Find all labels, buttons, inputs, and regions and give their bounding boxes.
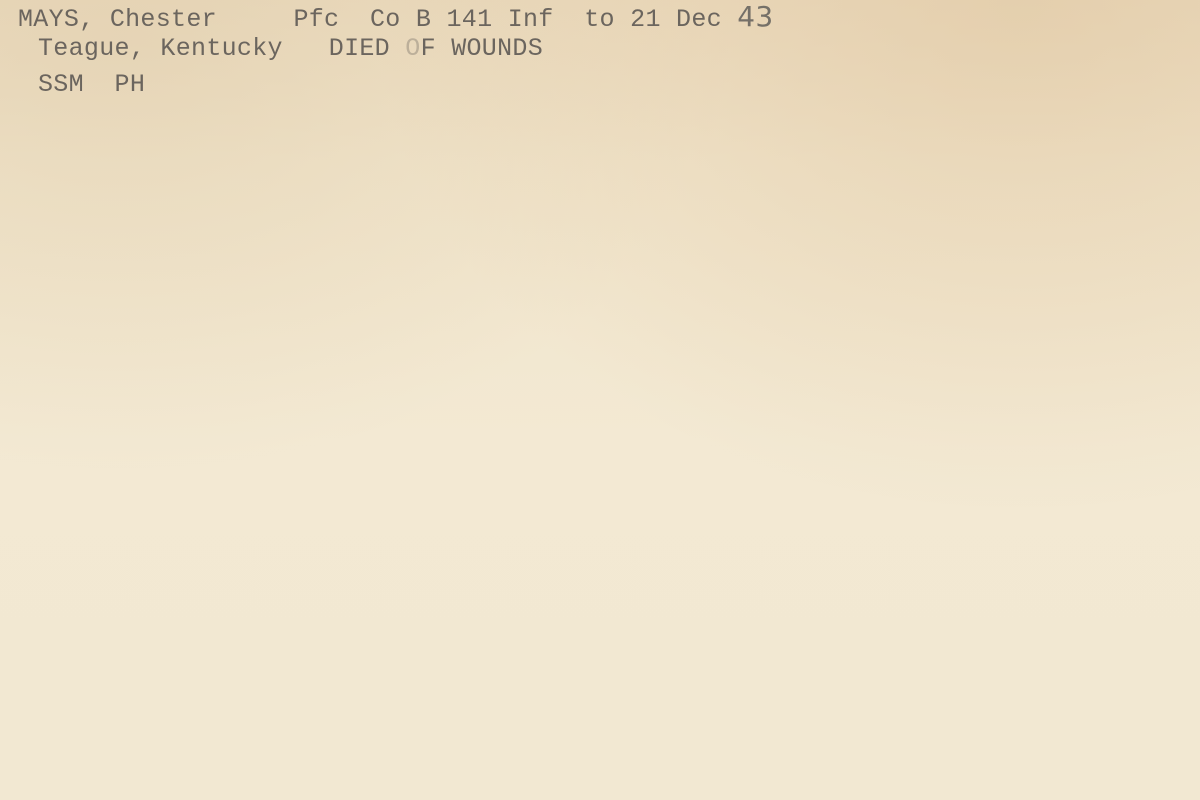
card-line-1: MAYS, Chester Pfc Co B 141 Inf to 21 Dec… xyxy=(18,3,774,32)
soldier-unit: Co B 141 Inf xyxy=(370,7,554,32)
soldier-name: MAYS, Chester xyxy=(18,7,217,32)
hometown: Teague, Kentucky xyxy=(38,36,283,61)
status-suffix: F WOUNDS xyxy=(421,34,543,63)
card-line-3: SSM PH xyxy=(38,72,145,97)
status-faded-letter: O xyxy=(405,34,420,63)
soldier-rank: Pfc xyxy=(293,7,339,32)
handwritten-year: 43 xyxy=(737,3,773,31)
casualty-date: to 21 Dec xyxy=(584,7,722,32)
index-card: MAYS, Chester Pfc Co B 141 Inf to 21 Dec… xyxy=(0,0,1200,800)
card-line-2: Teague, Kentucky DIED OF WOUNDS xyxy=(38,36,543,61)
awards: SSM PH xyxy=(38,72,145,97)
status-prefix: DIED xyxy=(329,34,406,63)
